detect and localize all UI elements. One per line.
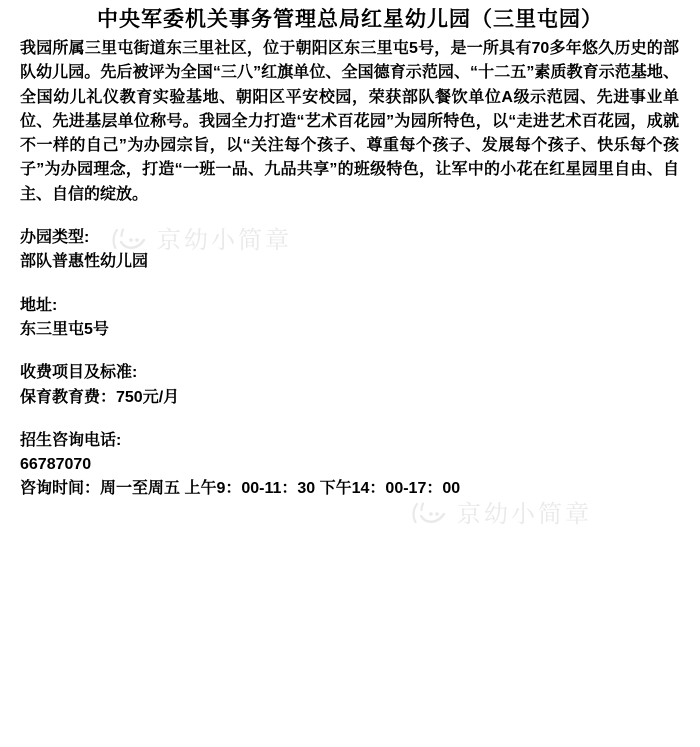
- document-page: 京幼小简章 京幼小简章 中央军委机关事务管理总局红星幼儿园（三里屯园） 我园所属…: [0, 0, 700, 747]
- watermark-bottom: 京幼小简章: [410, 500, 592, 530]
- watermark-logo-icon: [410, 501, 448, 529]
- address-value: 东三里屯5号: [20, 318, 679, 342]
- fees-value: 保育教育费：750元/月: [20, 386, 679, 410]
- contact-label: 招生咨询电话:: [20, 429, 679, 453]
- contact-phone: 66787070: [20, 453, 679, 477]
- page-title: 中央军委机关事务管理总局红星幼儿园（三里屯园）: [20, 6, 680, 33]
- section-address: 地址: 东三里屯5号: [20, 294, 679, 343]
- kindergarten-type-label: 办园类型:: [20, 226, 679, 250]
- address-label: 地址:: [20, 294, 679, 318]
- section-kindergarten-type: 办园类型: 部队普惠性幼儿园: [20, 226, 679, 275]
- contact-hours: 咨询时间：周一至周五 上午9：00-11：30 下午14：00-17：00: [20, 477, 679, 501]
- watermark-text: 京幼小简章: [457, 500, 592, 530]
- kindergarten-type-value: 部队普惠性幼儿园: [20, 250, 679, 274]
- fees-label: 收费项目及标准:: [20, 361, 679, 385]
- section-contact: 招生咨询电话: 66787070 咨询时间：周一至周五 上午9：00-11：30…: [20, 429, 679, 502]
- document-content: 中央军委机关事务管理总局红星幼儿园（三里屯园） 我园所属三里屯街道东三里社区，位…: [0, 6, 700, 502]
- intro-paragraph: 我园所属三里屯街道东三里社区，位于朝阳区东三里屯5号，是一所具有70多年悠久历史…: [20, 37, 679, 207]
- section-fees: 收费项目及标准: 保育教育费：750元/月: [20, 361, 679, 410]
